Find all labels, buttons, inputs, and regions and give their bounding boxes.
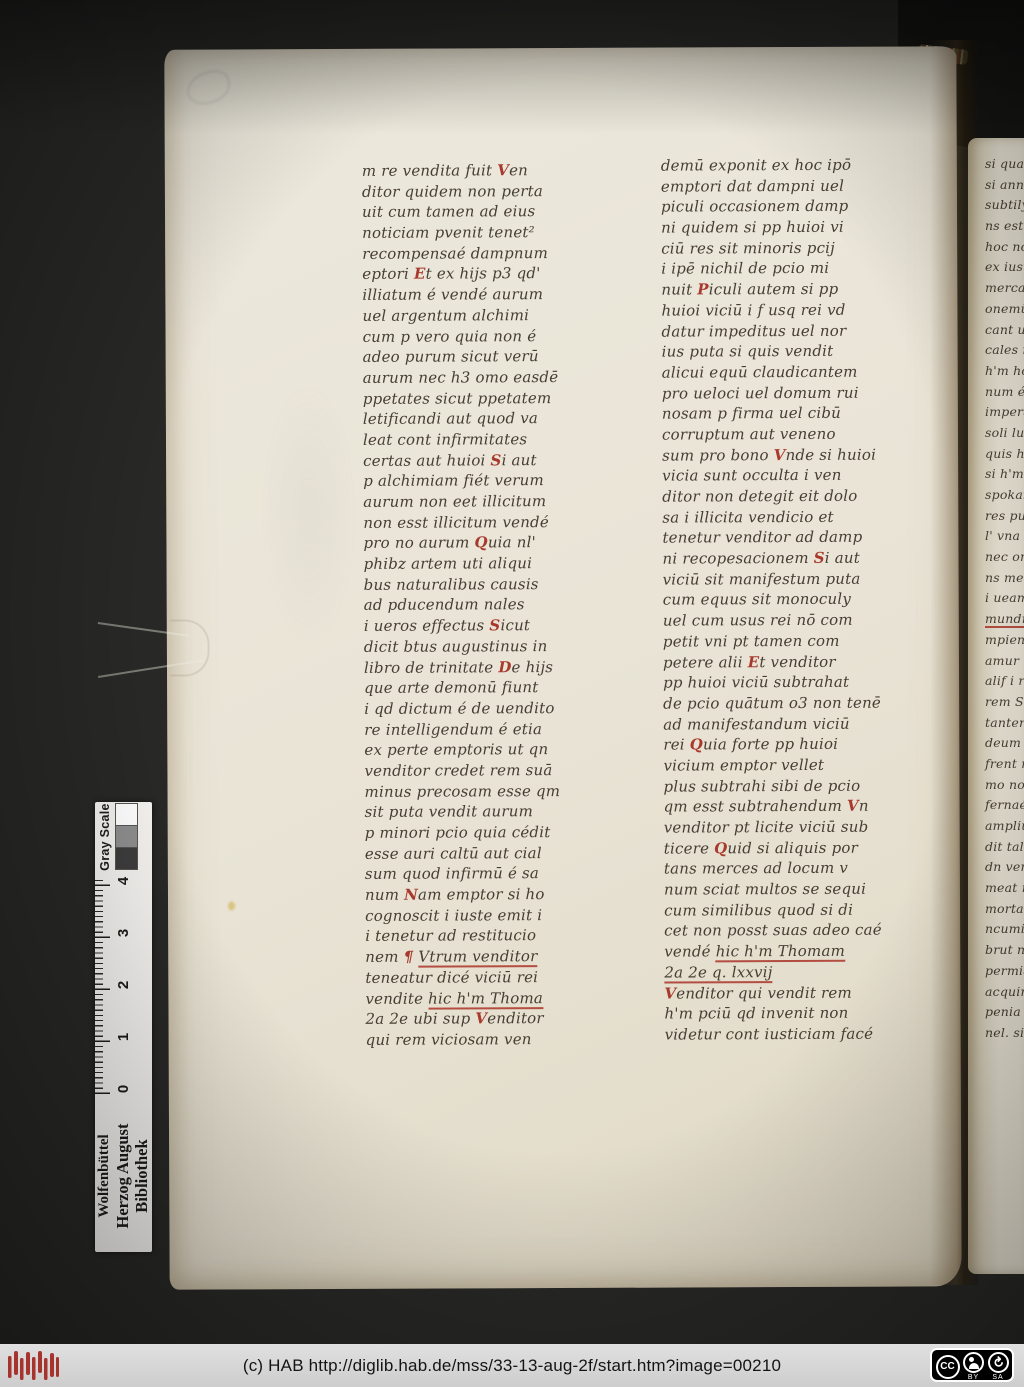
manuscript-text-line: si anne bbox=[985, 175, 1024, 196]
manuscript-text-line: corruptum aut veneno bbox=[662, 423, 937, 445]
grayscale-patch-block: Gray Scale bbox=[95, 802, 152, 872]
grayscale-title: Gray Scale bbox=[98, 802, 112, 872]
attribution-person-icon bbox=[963, 1352, 984, 1373]
manuscript-text-line: viciū sit manifestum puta bbox=[663, 568, 938, 590]
manuscript-text-line: ditor quidem non perta bbox=[362, 180, 627, 202]
manuscript-text-line: num sciat multos se sequi bbox=[664, 878, 939, 900]
parchment-stain bbox=[228, 901, 235, 910]
manuscript-text-line: rem Si bbox=[985, 692, 1024, 713]
manuscript-text-line: aurum non eet illicitum bbox=[363, 491, 628, 513]
manuscript-column-left: m re vendita fuit Venditor quidem non pe… bbox=[362, 160, 631, 1051]
manuscript-text-line: huioi viciū i f usq rei vd bbox=[661, 299, 936, 321]
manuscript-text-line: nel. si bbox=[985, 1023, 1024, 1044]
manuscript-text-line: frent n bbox=[985, 754, 1024, 775]
manuscript-text-line: ns mer bbox=[985, 568, 1024, 589]
manuscript-text-line: cant uel bbox=[985, 320, 1024, 341]
manuscript-text-line: minus precosam esse qm bbox=[364, 780, 629, 802]
manuscript-text-line: ditor non detegit eit dolo bbox=[662, 485, 937, 507]
centimeter-ruler: 01234 bbox=[95, 872, 152, 1100]
manuscript-text-line: onemū bbox=[985, 299, 1024, 320]
manuscript-text-line: phibz artem uti aliqui bbox=[364, 553, 629, 575]
manuscript-text-line: tans merces ad locum v bbox=[664, 858, 939, 880]
manuscript-text-line: dn ver bbox=[985, 857, 1024, 878]
manuscript-text-line: i ueam bbox=[985, 588, 1024, 609]
manuscript-text-line: si h'm leg bbox=[985, 464, 1024, 485]
manuscript-text-line: vendite hic h'm Thoma bbox=[365, 987, 630, 1009]
manuscript-text-line: ex perte emptoris ut qn bbox=[364, 739, 629, 761]
cc-logo-icon: CC bbox=[936, 1355, 960, 1379]
manuscript-text-line: permia bbox=[985, 961, 1024, 982]
manuscript-text-line: meat n bbox=[985, 878, 1024, 899]
manuscript-text-line: subtily bbox=[985, 195, 1024, 216]
manuscript-text-line: ciū res sit minoris pcij bbox=[661, 237, 936, 259]
manuscript-text-line: cum p vero quia non é bbox=[363, 325, 628, 347]
manuscript-text-line: non esst illicitum vendé bbox=[363, 511, 628, 533]
manuscript-text-line: uel cum usus rei nō com bbox=[663, 609, 938, 631]
grayscale-patch bbox=[115, 847, 138, 870]
manuscript-text-line: esse auri caltū aut cial bbox=[365, 842, 630, 864]
manuscript-text-line: ppetates sicut ppetatem bbox=[363, 387, 628, 409]
facing-page-edge: si quadsi annesubtilyns esthoc noex iust… bbox=[968, 138, 1024, 1274]
grayscale-patches bbox=[115, 802, 138, 872]
manuscript-text-line: de pcio quātum o3 non tenē bbox=[663, 692, 938, 714]
manuscript-text-line: adeo purum sicut verū bbox=[363, 346, 628, 368]
manuscript-text-line: deum i bbox=[985, 733, 1024, 754]
manuscript-text-line: alif i r bbox=[985, 671, 1024, 692]
manuscript-text-line: piculi occasionem damp bbox=[661, 196, 936, 218]
manuscript-text-line: letificandi aut quod va bbox=[363, 408, 628, 430]
manuscript-text-line: cum equus sit monoculy bbox=[663, 589, 938, 611]
manuscript-text-line: que arte demonū fiunt bbox=[364, 677, 629, 699]
manuscript-page: m re vendita fuit Venditor quidem non pe… bbox=[164, 46, 961, 1289]
manuscript-text-line: num é bbox=[985, 382, 1024, 403]
manuscript-text-line: qm esst subtrahendum Vn bbox=[664, 796, 939, 818]
manuscript-text-line: tenetur venditor ad damp bbox=[662, 527, 937, 549]
grayscale-reference-strip: Wolfenbüttel Herzog August Bibliothek 01… bbox=[95, 802, 152, 1252]
facing-page-text-fragments: si quadsi annesubtilyns esthoc noex iust… bbox=[985, 154, 1024, 1044]
source-url-caption: (c) HAB http://diglib.hab.de/mss/33-13-a… bbox=[0, 1356, 1024, 1376]
ink-bleed-through bbox=[261, 379, 357, 649]
manuscript-text-line: ni quidem si pp huioi vi bbox=[661, 216, 936, 238]
manuscript-text-line: pro ueloci uel domum rui bbox=[662, 382, 937, 404]
cc-by-sa-license-badge[interactable]: CC BY ↻ SA bbox=[930, 1348, 1014, 1382]
manuscript-text-line: rei Quia forte pp huioi bbox=[663, 734, 938, 756]
ruler-major-ticks bbox=[95, 878, 110, 1094]
manuscript-text-line: cum similibus quod si di bbox=[664, 899, 939, 921]
ruler-number: 2 bbox=[115, 975, 132, 995]
cc-by-column: BY bbox=[963, 1352, 984, 1381]
manuscript-text-line: res puni bbox=[985, 506, 1024, 527]
manuscript-text-line: teneatur dicé viciū rei bbox=[365, 967, 630, 989]
ruler-number: 0 bbox=[115, 1079, 132, 1099]
manuscript-text-line: p alchimiam fiét verum bbox=[363, 470, 628, 492]
manuscript-text-line: amur bbox=[985, 651, 1024, 672]
faint-pencil-folio-mark bbox=[184, 67, 234, 108]
manuscript-text-line: imperat bbox=[985, 402, 1024, 423]
manuscript-text-line: spokai bbox=[985, 485, 1024, 506]
manuscript-text-line: ns est bbox=[985, 216, 1024, 237]
manuscript-text-line: venditor credet rem suā bbox=[364, 760, 629, 782]
manuscript-text-line: p minori pcio quia cédit bbox=[365, 822, 630, 844]
manuscript-text-line: l' vna bbox=[985, 526, 1024, 547]
manuscript-text-line: alicui equū claudicantem bbox=[662, 361, 937, 383]
manuscript-text-line: re intelligendum é etia bbox=[364, 718, 629, 740]
manuscript-text-line: nosam p firma uel cibū bbox=[662, 403, 937, 425]
manuscript-text-line: demū exponit ex hoc ipō bbox=[661, 154, 936, 176]
manuscript-text-line: emptori dat dampni uel bbox=[661, 175, 936, 197]
ruler-number: 3 bbox=[115, 923, 132, 943]
manuscript-text-line: h'm pciū qd invenit non bbox=[664, 1003, 939, 1025]
manuscript-text-line: fernaé bbox=[985, 795, 1024, 816]
manuscript-text-line: pro no aurum Quia nl' bbox=[363, 532, 628, 554]
manuscript-text-line: vicia sunt occulta i ven bbox=[662, 465, 937, 487]
manuscript-text-line: quis hui bbox=[985, 444, 1024, 465]
manuscript-text-line: ampliu bbox=[985, 816, 1024, 837]
cc-logo-column: CC bbox=[936, 1352, 960, 1379]
institution-city: Wolfenbüttel bbox=[96, 1100, 113, 1252]
manuscript-text-line: brut no bbox=[985, 940, 1024, 961]
manuscript-text-line: penia bbox=[985, 1002, 1024, 1023]
manuscript-text-line: i ipē nichil de pcio mi bbox=[661, 258, 936, 280]
manuscript-text-line: videtur cont iusticiam facé bbox=[665, 1023, 940, 1045]
manuscript-text-line: sit puta vendit aurum bbox=[365, 801, 630, 823]
manuscript-text-line: i qd dictum é de uendito bbox=[364, 698, 629, 720]
manuscript-text-line: recompensaé dampnum bbox=[362, 242, 627, 264]
manuscript-text-line: cales m bbox=[985, 340, 1024, 361]
manuscript-text-line: pp huioi viciū subtrahat bbox=[663, 672, 938, 694]
institution-label: Wolfenbüttel Herzog August Bibliothek bbox=[95, 1100, 152, 1252]
manuscript-text-line: sum quod infirmū é sa bbox=[365, 863, 630, 885]
manuscript-text-line: num Nam emptor si ho bbox=[365, 884, 630, 906]
manuscript-text-line: petit vni pt tamen com bbox=[663, 630, 938, 652]
manuscript-text-line: sum pro bono Vnde si huioi bbox=[662, 444, 937, 466]
manuscript-text-line: mo nor bbox=[985, 775, 1024, 796]
manuscript-text-line: eptori Et ex hijs p3 qd' bbox=[362, 263, 627, 285]
ruler-number: 4 bbox=[115, 871, 132, 891]
manuscript-text-line: uit cum tamen ad eius bbox=[362, 201, 627, 223]
grayscale-patch bbox=[115, 825, 138, 848]
manuscript-text-line: ad manifestandum viciū bbox=[663, 713, 938, 735]
manuscript-column-right: demū exponit ex hoc ipōemptori dat dampn… bbox=[661, 154, 940, 1045]
manuscript-text-line: m re vendita fuit Ven bbox=[362, 160, 627, 182]
manuscript-text-line: venditor pt licite viciū sub bbox=[664, 816, 939, 838]
manuscript-text-line: sa i illicita vendicio et bbox=[662, 506, 937, 528]
manuscript-text-line: aurum nec h3 omo easdē bbox=[363, 367, 628, 389]
manuscript-text-line: soli luca bbox=[985, 423, 1024, 444]
manuscript-text-line: ticere Quid si aliquis por bbox=[664, 837, 939, 859]
institution-name: Herzog August Bibliothek bbox=[113, 1100, 151, 1252]
manuscript-text-line: 2a 2e q. lxxvij bbox=[664, 961, 939, 983]
manuscript-text-line: cet non posst suas adeo caé bbox=[664, 920, 939, 942]
manuscript-text-line: cognoscit i iuste emit i bbox=[365, 904, 630, 926]
manuscript-text-line: h'm hosa bbox=[985, 361, 1024, 382]
manuscript-text-line: Venditor qui vendit rem bbox=[664, 982, 939, 1004]
sa-label: SA bbox=[992, 1374, 1003, 1381]
manuscript-text-line: i tenetur ad restitucio bbox=[365, 925, 630, 947]
manuscript-text-line: libro de trinitate De hijs bbox=[364, 656, 629, 678]
manuscript-text-line: leat cont infirmitates bbox=[363, 429, 628, 451]
manuscript-text-line: noticiam pvenit tenet² bbox=[362, 222, 627, 244]
manuscript-text-line: ncumi bbox=[985, 919, 1024, 940]
manuscript-text-line: datur impeditus uel nor bbox=[661, 320, 936, 342]
manuscript-text-line: petere alii Et venditor bbox=[663, 651, 938, 673]
manuscript-text-line: vendé hic h'm Thomam bbox=[664, 940, 939, 962]
manuscript-text-line: uel argentum alchimi bbox=[362, 305, 627, 327]
manuscript-text-line: nec oné bbox=[985, 547, 1024, 568]
manuscript-text-line: plus subtrahi sibi de pcio bbox=[663, 775, 938, 797]
manuscript-text-line: ius puta si quis vendit bbox=[662, 341, 937, 363]
ruler-number: 1 bbox=[115, 1027, 132, 1047]
manuscript-text-line: mortali bbox=[985, 899, 1024, 920]
manuscript-text-line: mercato bbox=[985, 278, 1024, 299]
by-label: BY bbox=[968, 1374, 979, 1381]
manuscript-text-line: 2a 2e ubi sup Venditor bbox=[365, 1008, 630, 1030]
manuscript-text-line: mpiend bbox=[985, 630, 1024, 651]
manuscript-text-line: mundm bbox=[985, 609, 1024, 630]
manuscript-text-line: acquiru bbox=[985, 982, 1024, 1003]
manuscript-text-line: nem ¶ Vtrum venditor bbox=[365, 946, 630, 968]
footer-bar: (c) HAB http://diglib.hab.de/mss/33-13-a… bbox=[0, 1344, 1024, 1387]
manuscript-text-line: nuit Piculi autem si pp bbox=[661, 278, 936, 300]
share-alike-arrow-icon: ↻ bbox=[988, 1352, 1009, 1373]
manuscript-text-line: vicium emptor vellet bbox=[663, 754, 938, 776]
digitized-manuscript-viewer: m re vendita fuit Venditor quidem non pe… bbox=[0, 0, 1024, 1387]
manuscript-text-line: tanter f bbox=[985, 713, 1024, 734]
manuscript-text-line: qui rem viciosam ven bbox=[366, 1029, 631, 1051]
manuscript-text-line: certas aut huioi Si aut bbox=[363, 449, 628, 471]
manuscript-text-line: si quad bbox=[985, 154, 1024, 175]
manuscript-text-line: bus naturalibus causis bbox=[364, 573, 629, 595]
manuscript-text-line: illiatum é vendé aurum bbox=[362, 284, 627, 306]
manuscript-text-line: ad pducendum nales bbox=[364, 594, 629, 616]
manuscript-text-line: dit tale bbox=[985, 837, 1024, 858]
manuscript-text-line: ex iusti bbox=[985, 257, 1024, 278]
manuscript-photograph: m re vendita fuit Venditor quidem non pe… bbox=[0, 0, 1024, 1344]
manuscript-text-line: ni recopesacionem Si aut bbox=[662, 547, 937, 569]
cc-sa-column: ↻ SA bbox=[988, 1352, 1009, 1381]
manuscript-text-line: hoc no bbox=[985, 237, 1024, 258]
manuscript-text-line: dicit btus augustinus in bbox=[364, 636, 629, 658]
page-marker-loop bbox=[170, 620, 209, 676]
manuscript-text-line: i ueros effectus Sicut bbox=[364, 615, 629, 637]
grayscale-patch bbox=[115, 803, 138, 826]
